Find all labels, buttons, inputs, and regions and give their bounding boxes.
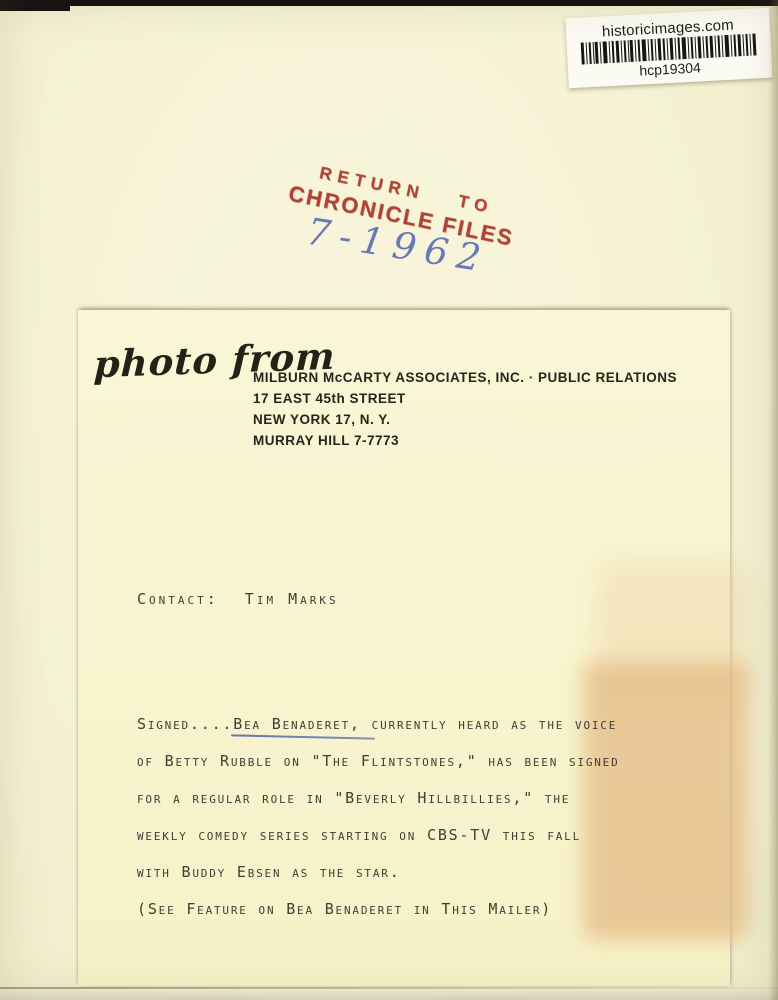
letterhead-company: MILBURN McCARTY ASSOCIATES, INC. · PUBLI…: [253, 367, 677, 388]
letterhead-street: 17 EAST 45th STREET: [253, 388, 677, 409]
underlined-name: Bea Benaderet,: [233, 706, 361, 743]
scan-top-edge: [0, 0, 778, 6]
contact-line: Contact:Tim Marks: [137, 590, 339, 608]
caption-line-4: weekly comedy series starting on CBS-TV …: [137, 817, 620, 854]
caption-line-1: Signed....Bea Benaderet, currently heard…: [137, 706, 620, 743]
caption-line-5: with Buddy Ebsen as the star.: [137, 854, 620, 891]
letterhead-sheet: photo from MILBURN McCARTY ASSOCIATES, I…: [78, 310, 730, 986]
caption-text: Signed....Bea Benaderet, currently heard…: [137, 706, 620, 928]
letterhead-city: NEW YORK 17, N. Y.: [253, 409, 677, 430]
caption-line-3: for a regular role in "Beverly Hillbilli…: [137, 780, 620, 817]
caption-line1-name: Bea Benaderet,: [233, 715, 361, 733]
caption-line-2: of Betty Rubble on "The Flintstones," ha…: [137, 743, 620, 780]
scan-bottom-edge: [0, 989, 778, 1000]
contact-label: Contact:: [137, 590, 219, 608]
scanned-photo-back: historicimages.com: [0, 0, 778, 1000]
caption-line1-pre: Signed....: [137, 715, 233, 733]
inventory-sticker: historicimages.com: [565, 8, 772, 89]
sticker-code-text: hcp19304: [639, 59, 701, 78]
caption-line1-post: currently heard as the voice: [361, 715, 617, 733]
letterhead-phone: MURRAY HILL 7-7773: [253, 430, 677, 451]
contact-name: Tim Marks: [245, 590, 339, 608]
right-edge-shadow: [768, 0, 778, 1000]
caption-line-6: (See Feature on Bea Benaderet in This Ma…: [137, 891, 620, 928]
ink-underline: [231, 734, 375, 739]
scan-corner-mark: [0, 0, 70, 11]
letterhead-address-block: MILBURN McCARTY ASSOCIATES, INC. · PUBLI…: [253, 367, 677, 451]
